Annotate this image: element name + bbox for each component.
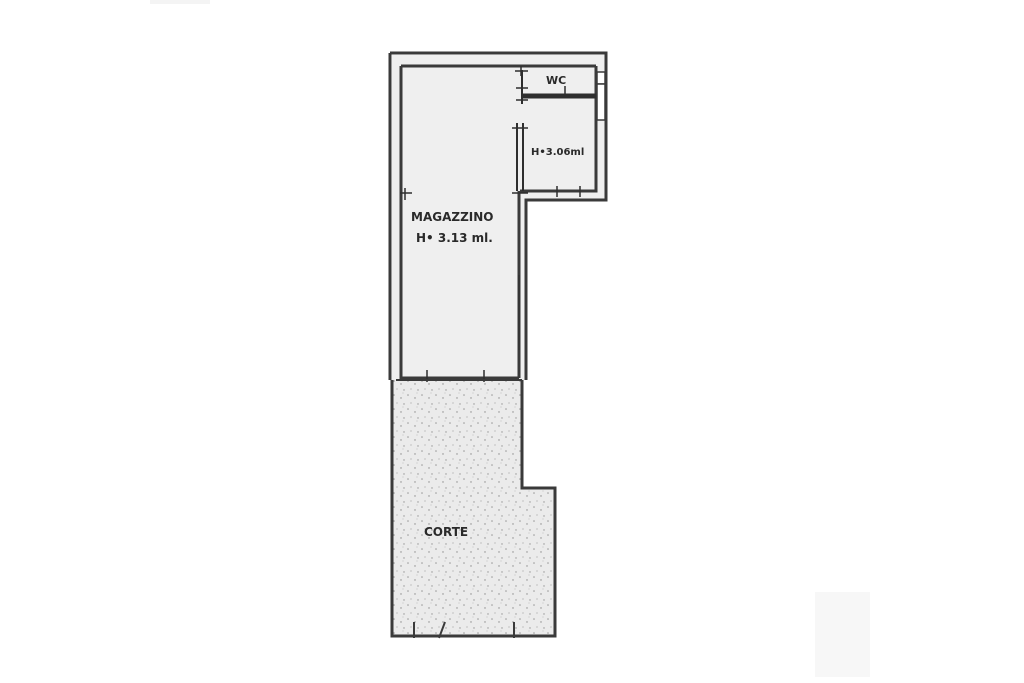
- floor-plan: WC H•3.06ml MAGAZZINO H• 3.13 ml. CORTE: [0, 0, 1024, 683]
- corte-label: CORTE: [424, 525, 468, 539]
- room2-height-label: H•3.06ml: [531, 147, 584, 158]
- magazzino-label: MAGAZZINO: [411, 210, 493, 224]
- corte-area: [392, 380, 555, 636]
- magazzino-height-label: H• 3.13 ml.: [416, 231, 493, 245]
- window: [597, 72, 605, 120]
- building: [390, 53, 606, 638]
- wc-label: WC: [546, 74, 566, 87]
